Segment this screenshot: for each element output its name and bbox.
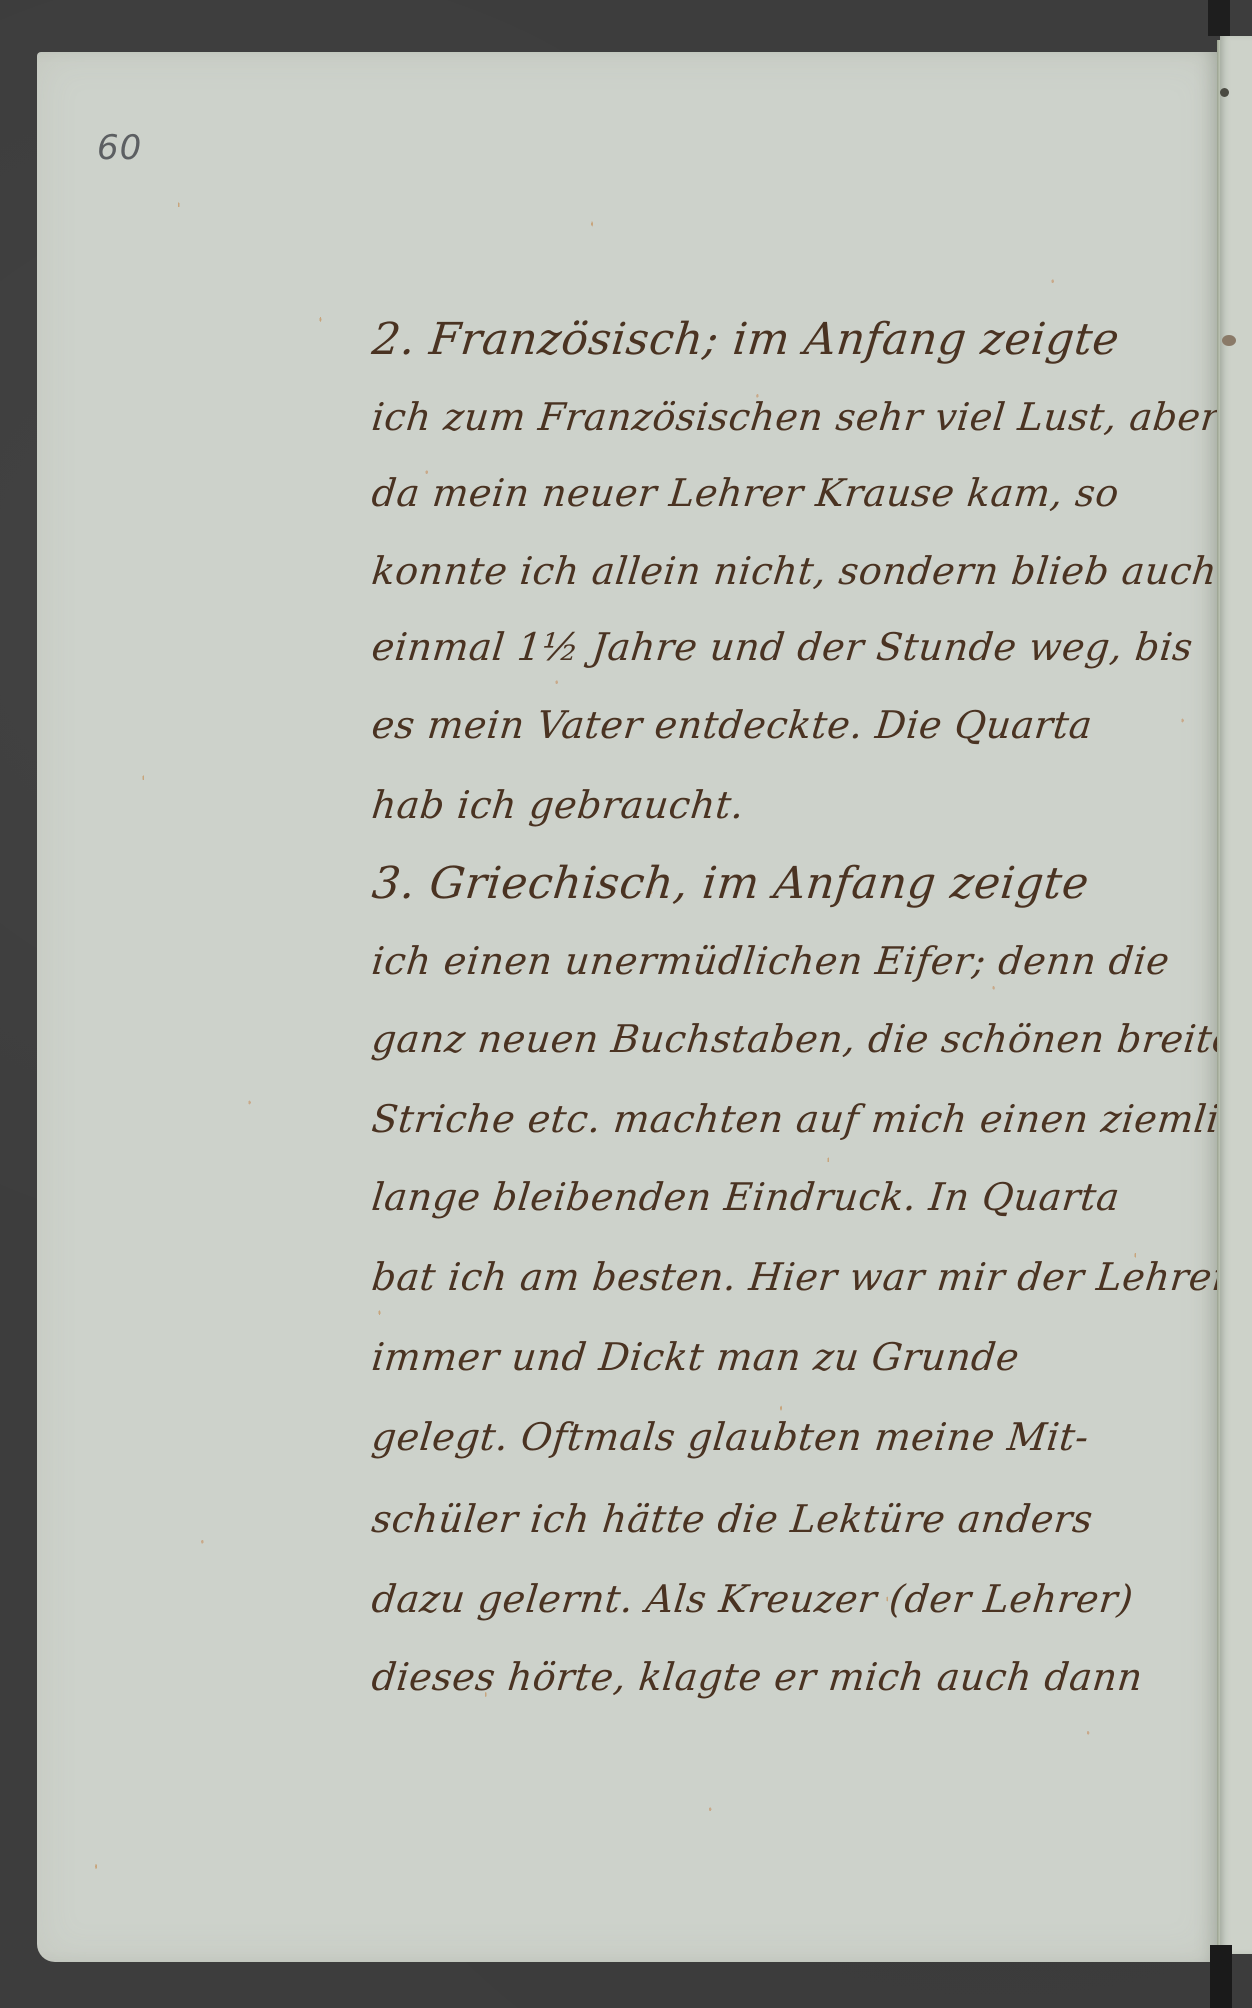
page-gutter bbox=[1217, 40, 1220, 1965]
manuscript-line: bat ich am besten. Hier war mir der Lehr… bbox=[370, 1258, 1218, 1296]
book-spine-bottom bbox=[1210, 1945, 1232, 2008]
manuscript-line: ich zum Französischen sehr viel Lust, ab… bbox=[370, 398, 1218, 436]
section-heading-line: 3. Griechisch, im Anfang zeigte bbox=[370, 862, 1091, 906]
manuscript-line: konnte ich allein nicht, sondern blieb a… bbox=[370, 552, 1218, 590]
manuscript-line: immer und Dickt man zu Grunde bbox=[370, 1338, 1021, 1376]
manuscript-line: gelegt. Oftmals glaubten meine Mit- bbox=[370, 1418, 1091, 1456]
folio-number: 60 bbox=[97, 128, 142, 168]
section-heading-line: 2. Französisch; im Anfang zeigte bbox=[370, 318, 1122, 362]
manuscript-line: lange bleibenden Eindruck. In Quarta bbox=[370, 1178, 1122, 1216]
manuscript-page: 60 2. Französisch; im Anfang zeigteich z… bbox=[37, 52, 1218, 1962]
binding-hole-icon bbox=[1222, 335, 1236, 346]
manuscript-line: ich einen unermüdlichen Eifer; denn die bbox=[370, 942, 1171, 980]
manuscript-line: dazu gelernt. Als Kreuzer (der Lehrer) bbox=[370, 1580, 1135, 1618]
manuscript-line: dieses hörte, klagte er mich auch dann bbox=[370, 1658, 1145, 1696]
adjacent-page-edge bbox=[1220, 36, 1252, 1954]
manuscript-line: da mein neuer Lehrer Krause kam, so bbox=[370, 474, 1121, 512]
manuscript-line: es mein Vater entdeckte. Die Quarta bbox=[370, 706, 1094, 744]
manuscript-line: Striche etc. machten auf mich einen ziem… bbox=[370, 1100, 1218, 1138]
binding-hole-icon bbox=[1220, 88, 1229, 97]
manuscript-line: schüler ich hätte die Lektüre anders bbox=[370, 1500, 1095, 1538]
manuscript-line: hab ich gebraucht. bbox=[370, 786, 746, 824]
manuscript-line: einmal 1½ Jahre und der Stunde weg, bis bbox=[370, 628, 1195, 666]
manuscript-line: ganz neuen Buchstaben, die schönen breit… bbox=[370, 1020, 1218, 1058]
book-spine-top bbox=[1208, 0, 1230, 36]
